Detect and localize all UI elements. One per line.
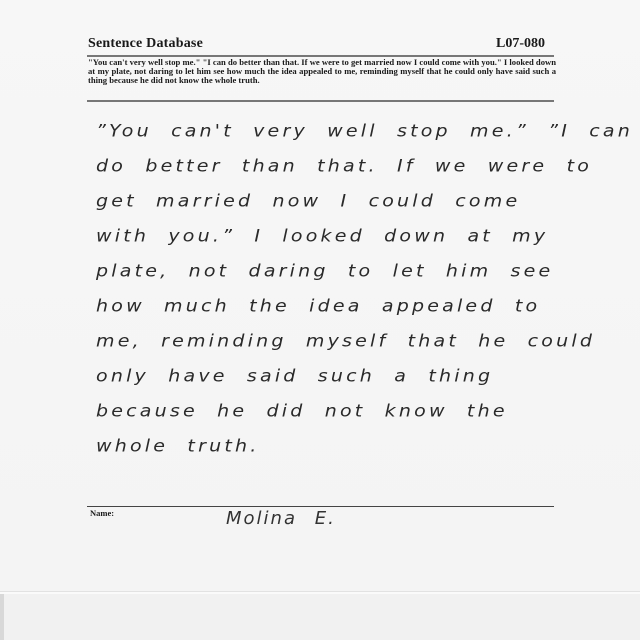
form-id: L07-080 bbox=[496, 36, 545, 52]
scanner-background bbox=[0, 594, 640, 640]
handwritten-line: do better than that. If we were to bbox=[96, 151, 596, 183]
writer-signature: Molina E. bbox=[226, 508, 336, 529]
handwritten-line: get married now I could come bbox=[96, 186, 596, 218]
handwritten-line: ”You can't very well stop me.” ”I can bbox=[96, 116, 596, 148]
form-page: Sentence Database L07-080 "You can't ver… bbox=[0, 0, 640, 592]
printed-text-divider bbox=[87, 100, 554, 102]
name-divider bbox=[87, 506, 554, 507]
handwritten-line: plate, not daring to let him see bbox=[96, 256, 596, 288]
handwritten-text: ”You can't very well stop me.” ”I can do… bbox=[96, 114, 596, 464]
handwritten-line: with you.” I looked down at my bbox=[96, 221, 596, 253]
handwritten-line: how much the idea appealed to bbox=[96, 291, 596, 323]
form-title: Sentence Database bbox=[88, 36, 203, 52]
handwritten-line: only have said such a thing bbox=[96, 361, 596, 393]
handwritten-line: me, reminding myself that he could bbox=[96, 326, 596, 358]
handwritten-line: because he did not know the bbox=[96, 396, 596, 428]
name-label: Name: bbox=[90, 508, 114, 518]
scan-shadow bbox=[0, 594, 4, 640]
handwritten-line: whole truth. bbox=[96, 431, 596, 463]
printed-sentence: "You can't very well stop me." "I can do… bbox=[88, 58, 556, 86]
